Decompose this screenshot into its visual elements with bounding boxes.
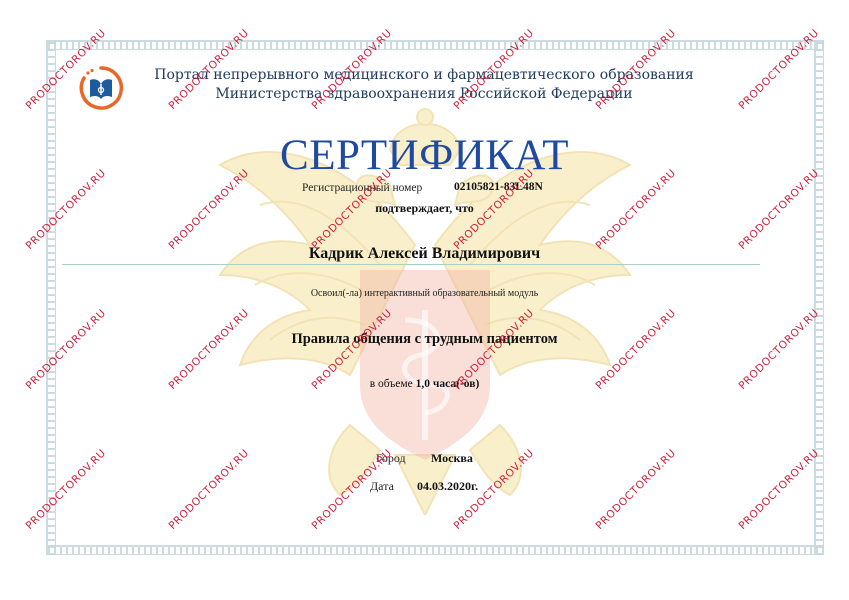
date-value: 04.03.2020г. — [417, 479, 478, 494]
name-underline-divider — [62, 264, 760, 265]
open-book-circle-logo-icon — [78, 65, 124, 111]
holder-name: Кадрик Алексей Владимирович — [0, 245, 849, 263]
city-value: Москва — [431, 451, 473, 466]
module-title: Правила общения с трудным пациентом — [0, 331, 849, 348]
date-label: Дата — [370, 479, 394, 494]
watermark-text: PRODOCTOROV.RU — [24, 447, 109, 532]
greek-key-border-top — [48, 40, 824, 50]
mastered-text: Освоил(-ла) интерактивный образовательны… — [0, 288, 849, 299]
registration-number: 02105821-83L48N — [454, 181, 543, 193]
volume-line: в объеме 1,0 часа(-ов) — [0, 378, 849, 390]
greek-key-border-bottom — [48, 545, 824, 555]
confirms-text: подтверждает, что — [0, 201, 849, 216]
volume-prefix: в объеме — [370, 378, 413, 390]
certificate-title: СЕРТИФИКАТ — [0, 132, 849, 180]
certificate-page: Портал непрерывного медицинского и фарма… — [0, 0, 849, 600]
watermark-text: PRODOCTOROV.RU — [737, 447, 822, 532]
